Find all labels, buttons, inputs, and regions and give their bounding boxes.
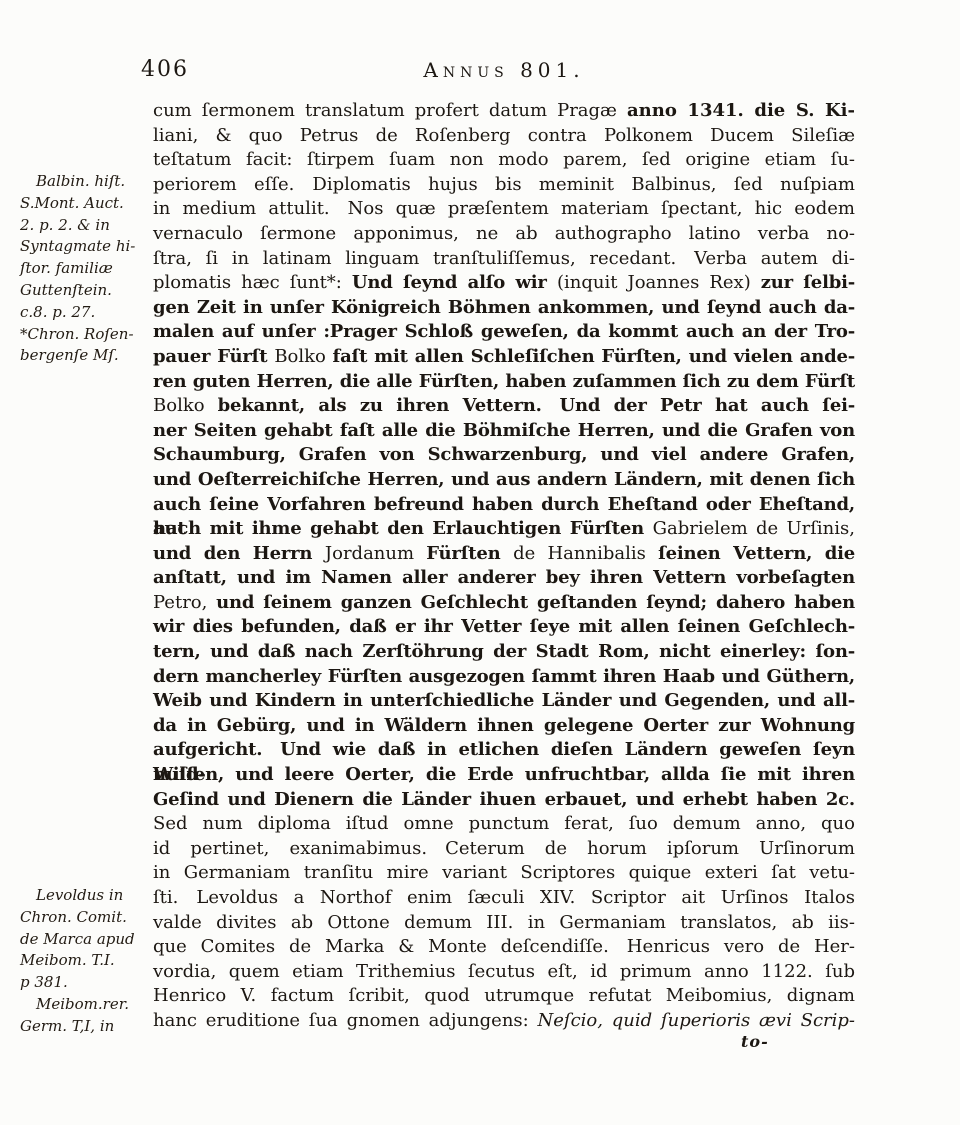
- text-line: Schaumburg, Grafen von Schwarzenburg, un…: [153, 443, 855, 468]
- text-line: tern, und daß nach Zerſtöhrung der Stadt…: [153, 640, 855, 665]
- text-line: nuſſen, und leere Oerter, die Erde unfru…: [153, 763, 855, 788]
- fraktur-segment: Fürſten: [426, 543, 513, 564]
- fraktur-segment: nuſſen, und leere Oerter, die Erde unfru…: [153, 764, 855, 785]
- text-line: Bolko bekannt, als zu ihren Vettern. Und…: [153, 394, 855, 419]
- text-line: Weib und Kindern in unterſchiedliche Län…: [153, 689, 855, 714]
- fraktur-segment: da in Gebürg, und in Wäldern ihnen geleg…: [153, 715, 855, 736]
- text-line: anſtatt, und im Namen aller anderer bey …: [153, 566, 855, 591]
- text-line: ren guten Herren, die alle Fürſten, habe…: [153, 370, 855, 395]
- roman-segment: Bolko: [274, 346, 332, 367]
- fraktur-segment: Geſind und Dienern die Länder ihuen erba…: [153, 789, 855, 810]
- fraktur-segment: faſt mit allen Schleſiſchen Fürſten, und…: [333, 346, 855, 367]
- italic-segment: Neſcio, quid ſuperioris ævi Scrip-: [538, 1010, 855, 1031]
- roman-segment: id pertinet, exanimabimus. Ceterum de ho…: [153, 838, 855, 859]
- book-page-scan: 406 Annus 801. Balbin. hiſt.S.Mont. Auct…: [0, 0, 960, 1125]
- bold-segment: anno 1341. die S. Ki-: [627, 100, 855, 121]
- text-line: ſti. Levoldus a Northof enim ſæculi XIV.…: [153, 886, 855, 911]
- text-line: da in Gebürg, und in Wäldern ihnen geleg…: [153, 714, 855, 739]
- text-line: aufgericht. Und wie daß in etlichen dieſ…: [153, 738, 855, 763]
- roman-segment: vordia, quem etiam Trithemius ſecutus eſ…: [153, 961, 855, 982]
- fraktur-segment: malen auf unſer :Prager Schloß geweſen, …: [153, 321, 855, 342]
- margin-note-line: Balbin. hiſt.: [8, 171, 150, 193]
- text-line: Henrico V. factum ſcribit, quod utrumque…: [153, 984, 855, 1009]
- margin-note-citation-levoldus: Levoldus inChron. Comit.de Marca apudMei…: [8, 885, 150, 1038]
- fraktur-segment: gen Zeit in unſer Königreich Böhmen anko…: [153, 297, 855, 318]
- main-text: cum ſermonem translatum profert datum Pr…: [153, 99, 855, 1034]
- margin-note-line: bergenſe Mſ.: [8, 345, 150, 367]
- text-line: in medium attulit. Nos quæ præſentem mat…: [153, 197, 855, 222]
- text-line: ner Seiten gehabt faſt alle die Böhmiſch…: [153, 419, 855, 444]
- text-line: dern mancherley Fürſten ausgezogen ſammt…: [153, 665, 855, 690]
- text-line: id pertinet, exanimabimus. Ceterum de ho…: [153, 837, 855, 862]
- fraktur-segment: tern, und daß nach Zerſtöhrung der Stadt…: [153, 641, 855, 662]
- text-line: auch mit ihme gehabt den Erlauchtigen Fü…: [153, 517, 855, 542]
- roman-segment: Sed num diploma iſtud omne punctum ferat…: [153, 813, 855, 834]
- roman-segment: hanc eruditione ſua gnomen adjungens:: [153, 1010, 538, 1031]
- fraktur-segment: ren guten Herren, die alle Fürſten, habe…: [153, 371, 855, 392]
- roman-segment: Jordanum: [325, 543, 426, 564]
- margin-note-line: de Marca apud: [8, 929, 150, 951]
- fraktur-segment: und ſeinem ganzen Geſchlecht geſtanden ſ…: [216, 592, 855, 613]
- text-line: valde divites ab Ottone demum III. in Ge…: [153, 911, 855, 936]
- roman-segment: (inquit Joannes Rex): [557, 272, 761, 293]
- text-line: que Comites de Marka & Monte deſcendiſſe…: [153, 935, 855, 960]
- text-line: wir dies befunden, daß er ihr Vetter ſey…: [153, 615, 855, 640]
- text-line: auch ſeine Vorfahren befreund haben durc…: [153, 493, 855, 518]
- roman-segment: Henrico V. factum ſcribit, quod utrumque…: [153, 985, 855, 1006]
- roman-segment: que Comites de Marka & Monte deſcendiſſe…: [153, 936, 855, 957]
- fraktur-segment: anſtatt, und im Namen aller anderer bey …: [153, 567, 855, 588]
- text-line: und den Herrn Jordanum Fürſten de Hannib…: [153, 542, 855, 567]
- roman-segment: plomatis hæc ſunt*:: [153, 272, 352, 293]
- text-line: plomatis hæc ſunt*: Und ſeynd alſo wir (…: [153, 271, 855, 296]
- fraktur-segment: ſeinen Vettern, die: [658, 543, 855, 564]
- catchword: to-: [741, 1032, 769, 1051]
- fraktur-segment: bekannt, als zu ihren Vettern. Und der P…: [218, 395, 855, 416]
- fraktur-segment: dern mancherley Fürſten ausgezogen ſammt…: [153, 666, 855, 687]
- roman-segment: liani, & quo Petrus de Roſenberg contra …: [153, 125, 855, 146]
- text-line: pauer Fürſt Bolko faſt mit allen Schleſi…: [153, 345, 855, 370]
- margin-note-line: *Chron. Roſen-: [8, 324, 150, 346]
- text-line: vernaculo ſermone apponimus, ne ab autho…: [153, 222, 855, 247]
- margin-note-citation-balbinus: Balbin. hiſt.S.Mont. Auct.2. p. 2. & inS…: [8, 171, 150, 367]
- roman-segment: periorem eſſe. Diplomatis hujus bis memi…: [153, 174, 855, 195]
- roman-segment: cum ſermonem translatum profert datum Pr…: [153, 100, 627, 121]
- roman-segment: vernaculo ſermone apponimus, ne ab autho…: [153, 223, 855, 244]
- text-line: und Oeſterreichiſche Herren, und aus and…: [153, 468, 855, 493]
- text-line: Sed num diploma iſtud omne punctum ferat…: [153, 812, 855, 837]
- margin-note-line: Guttenſtein.: [8, 280, 150, 302]
- margin-note-line: Germ. T,I, in: [8, 1016, 150, 1038]
- text-line: teſtatum facit: ſtirpem ſuam non modo pa…: [153, 148, 855, 173]
- roman-segment: teſtatum facit: ſtirpem ſuam non modo pa…: [153, 149, 855, 170]
- margin-note-line: Meibom. T.I.: [8, 950, 150, 972]
- fraktur-segment: Weib und Kindern in unterſchiedliche Län…: [153, 690, 855, 711]
- margin-note-line: ſtor. familiæ: [8, 258, 150, 280]
- text-line: in Germaniam tranſitu mire variant Scrip…: [153, 861, 855, 886]
- text-line: gen Zeit in unſer Königreich Böhmen anko…: [153, 296, 855, 321]
- roman-segment: valde divites ab Ottone demum III. in Ge…: [153, 912, 855, 933]
- fraktur-segment: pauer Fürſt: [153, 346, 274, 367]
- text-line: liani, & quo Petrus de Roſenberg contra …: [153, 124, 855, 149]
- margin-note-line: 2. p. 2. & in: [8, 215, 150, 237]
- text-line: ſtra, ſi in latinam linguam tranſtuliſſe…: [153, 247, 855, 272]
- text-line: Geſind und Dienern die Länder ihuen erba…: [153, 788, 855, 813]
- margin-note-line: Meibom.rer.: [8, 994, 150, 1016]
- text-line: Petro, und ſeinem ganzen Geſchlecht geſt…: [153, 591, 855, 616]
- text-line: malen auf unſer :Prager Schloß geweſen, …: [153, 320, 855, 345]
- fraktur-segment: wir dies befunden, daß er ihr Vetter ſey…: [153, 616, 855, 637]
- text-line: vordia, quem etiam Trithemius ſecutus eſ…: [153, 960, 855, 985]
- text-line: periorem eſſe. Diplomatis hujus bis memi…: [153, 173, 855, 198]
- margin-note-line: S.Mont. Auct.: [8, 193, 150, 215]
- margin-note-line: Syntagmate hi-: [8, 236, 150, 258]
- fraktur-segment: Schaumburg, Grafen von Schwarzenburg, un…: [153, 444, 855, 465]
- margin-note-line: c.8. p. 27.: [8, 302, 150, 324]
- roman-segment: in medium attulit. Nos quæ præſentem mat…: [153, 198, 855, 219]
- roman-segment: ſtra, ſi in latinam linguam tranſtuliſſe…: [153, 248, 855, 269]
- margin-note-line: p 381.: [8, 972, 150, 994]
- fraktur-segment: ner Seiten gehabt faſt alle die Böhmiſch…: [153, 420, 855, 441]
- running-title: Annus 801.: [153, 58, 855, 82]
- fraktur-segment: zur ſelbi-: [761, 272, 855, 293]
- margin-note-line: Levoldus in: [8, 885, 150, 907]
- text-line: cum ſermonem translatum profert datum Pr…: [153, 99, 855, 124]
- fraktur-segment: auch mit ihme gehabt den Erlauchtigen Fü…: [153, 518, 653, 539]
- margin-note-line: Chron. Comit.: [8, 907, 150, 929]
- roman-segment: Gabrielem de Urſinis,: [653, 518, 855, 539]
- roman-segment: Petro,: [153, 592, 216, 613]
- fraktur-segment: Und ſeynd alſo wir: [352, 272, 557, 293]
- roman-segment: ſti. Levoldus a Northof enim ſæculi XIV.…: [153, 887, 855, 908]
- roman-segment: in Germaniam tranſitu mire variant Scrip…: [153, 862, 855, 883]
- fraktur-segment: und den Herrn: [153, 543, 325, 564]
- roman-segment: Bolko: [153, 395, 218, 416]
- text-line: hanc eruditione ſua gnomen adjungens: Ne…: [153, 1009, 855, 1034]
- roman-segment: de Hannibalis: [513, 543, 658, 564]
- fraktur-segment: und Oeſterreichiſche Herren, und aus and…: [153, 469, 855, 490]
